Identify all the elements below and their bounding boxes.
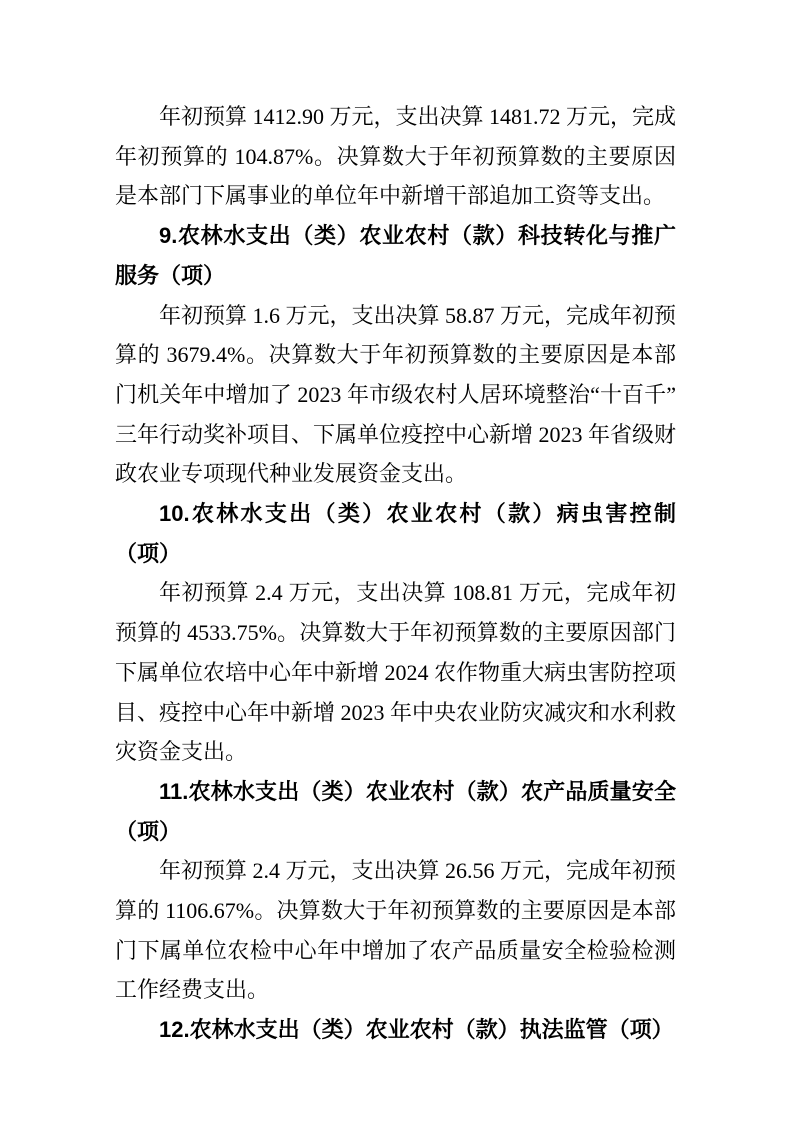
body-paragraph: 年初预算 1412.90 万元，支出决算 1481.72 万元，完成年初预算的 …	[115, 97, 676, 216]
body-paragraph: 年初预算 2.4 万元，支出决算 108.81 万元，完成年初预算的 4533.…	[115, 573, 676, 772]
body-paragraph: 年初预算 2.4 万元，支出决算 26.56 万元，完成年初预算的 1106.6…	[115, 851, 676, 1010]
section-heading: 11.农林水支出（类）农业农村（款）农产品质量安全（项）	[115, 772, 676, 851]
section-heading: 9.农林水支出（类）农业农村（款）科技转化与推广服务（项）	[115, 216, 676, 295]
document-body: 年初预算 1412.90 万元，支出决算 1481.72 万元，完成年初预算的 …	[115, 97, 676, 1050]
section-heading: 10.农林水支出（类）农业农村（款）病虫害控制（项）	[115, 494, 676, 573]
document-page: 年初预算 1412.90 万元，支出决算 1481.72 万元，完成年初预算的 …	[0, 0, 793, 1122]
section-heading: 12.农林水支出（类）农业农村（款）执法监管（项）	[115, 1010, 676, 1050]
body-paragraph: 年初预算 1.6 万元，支出决算 58.87 万元，完成年初预算的 3679.4…	[115, 296, 676, 495]
